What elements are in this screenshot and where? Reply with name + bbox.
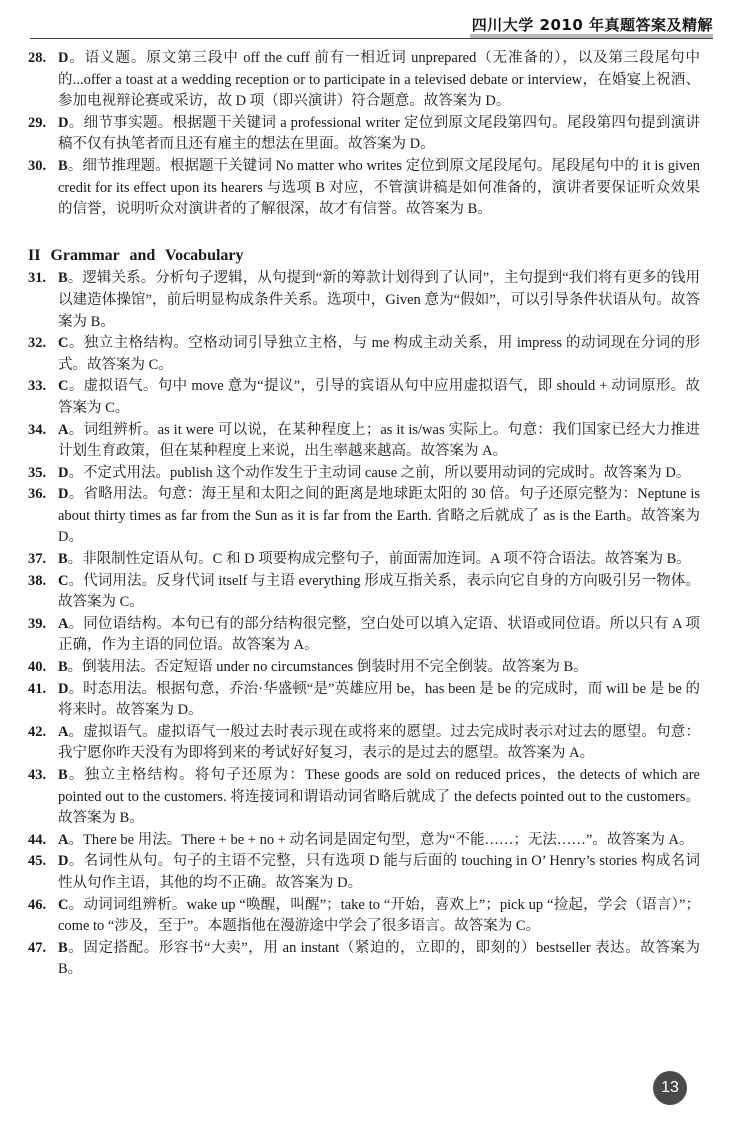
answer-item: 34.A。词组辨析。as it were 可以说，在某种程度上；as it is… bbox=[28, 420, 700, 463]
header-title: 四川大学 2010 年真题答案及精解 bbox=[472, 14, 713, 35]
explanation-text: 。时态用法。根据句意，乔治·华盛顿“是”英雄应用 be，has been 是 b… bbox=[58, 681, 700, 719]
answer-item: 46.C。动词词组辨析。wake up “唤醒，叫醒”；take to “开始，… bbox=[28, 895, 700, 938]
page-number-badge: 13 bbox=[653, 1071, 687, 1105]
answer-letter: B bbox=[58, 767, 68, 783]
explanation-text: 。独立主格结构。将句子还原为：These goods are sold on r… bbox=[58, 767, 700, 826]
explanation-text: 。细节事实题。根据题干关键词 a professional writer 定位到… bbox=[58, 115, 700, 153]
question-number: 44. bbox=[28, 830, 46, 852]
question-number: 31. bbox=[28, 268, 46, 290]
question-number: 47. bbox=[28, 938, 46, 960]
question-number: 41. bbox=[28, 679, 46, 701]
section-title: II Grammar and Vocabulary bbox=[28, 245, 700, 267]
answer-item: 33.C。虚拟语气。句中 move 意为“提议”，引导的宾语从句中应用虚拟语气，… bbox=[28, 376, 700, 419]
page-content: 28.D。语义题。原文第三段中 off the cuff 前有一相近词 unpr… bbox=[28, 48, 700, 981]
answer-letter: B bbox=[58, 551, 68, 567]
question-number: 32. bbox=[28, 333, 46, 355]
explanation-text: 。同位语结构。本句已有的部分结构很完整，空白处可以填入定语、状语或同位语。所以只… bbox=[58, 616, 700, 654]
answer-item: 39.A。同位语结构。本句已有的部分结构很完整，空白处可以填入定语、状语或同位语… bbox=[28, 614, 700, 657]
answer-item: 37.B。非限制性定语从句。C 和 D 项要构成完整句子，前面需加连词。A 项不… bbox=[28, 549, 700, 571]
explanation-text: 。动词词组辨析。wake up “唤醒，叫醒”；take to “开始，喜欢上”… bbox=[58, 897, 700, 935]
answer-item: 44.A。There be 用法。There + be + no + 动名词是固… bbox=[28, 830, 700, 852]
answer-item: 45.D。名词性从句。句子的主语不完整，只有选项 D 能与后面的 touchin… bbox=[28, 851, 700, 894]
explanation-text: 。省略用法。句意：海王星和太阳之间的距离是地球距太阳的 30 倍。句子还原完整为… bbox=[58, 486, 700, 545]
answer-letter: D bbox=[58, 681, 68, 697]
question-number: 33. bbox=[28, 376, 46, 398]
answer-letter: D bbox=[58, 50, 68, 66]
question-number: 42. bbox=[28, 722, 46, 744]
answer-item: 30.B。细节推理题。根据题干关键词 No matter who writes … bbox=[28, 156, 700, 221]
explanation-text: 。语义题。原文第三段中 off the cuff 前有一相近词 unprepar… bbox=[58, 50, 700, 109]
answer-letter: C bbox=[58, 573, 68, 589]
answer-letter: A bbox=[58, 616, 68, 632]
answer-letter: B bbox=[58, 940, 68, 956]
question-number: 29. bbox=[28, 113, 46, 135]
answer-item: 35.D。不定式用法。publish 这个动作发生于主动词 cause 之前，所… bbox=[28, 463, 700, 485]
answer-item: 36.D。省略用法。句意：海王星和太阳之间的距离是地球距太阳的 30 倍。句子还… bbox=[28, 484, 700, 549]
explanation-text: 。独立主格结构。空格动词引导独立主格，与 me 构成主动关系，用 impress… bbox=[58, 335, 700, 373]
answer-item: 47.B。固定搭配。形容书“大卖”，用 an instant（紧迫的，立即的，即… bbox=[28, 938, 700, 981]
explanation-text: 。细节推理题。根据题干关键词 No matter who writes 定位到原… bbox=[58, 158, 700, 217]
answer-item: 29.D。细节事实题。根据题干关键词 a professional writer… bbox=[28, 113, 700, 156]
answer-letter: B bbox=[58, 659, 68, 675]
explanation-text: 。There be 用法。There + be + no + 动名词是固定句型，… bbox=[68, 832, 693, 848]
explanation-text: 。非限制性定语从句。C 和 D 项要构成完整句子，前面需加连词。A 项不符合语法… bbox=[68, 551, 691, 567]
answer-item: 41.D。时态用法。根据句意，乔治·华盛顿“是”英雄应用 be，has been… bbox=[28, 679, 700, 722]
answer-item: 43.B。独立主格结构。将句子还原为：These goods are sold … bbox=[28, 765, 700, 830]
explanation-text: 。倒装用法。否定短语 under no circumstances 倒装时用不完… bbox=[68, 659, 588, 675]
explanation-text: 。虚拟语气。虚拟语气一般过去时表示现在或将来的愿望。过去完成时表示对过去的愿望。… bbox=[58, 724, 700, 762]
answer-item: 40.B。倒装用法。否定短语 under no circumstances 倒装… bbox=[28, 657, 700, 679]
question-number: 46. bbox=[28, 895, 46, 917]
explanation-text: 。名词性从句。句子的主语不完整，只有选项 D 能与后面的 touching in… bbox=[58, 853, 700, 891]
question-number: 45. bbox=[28, 851, 46, 873]
answer-letter: B bbox=[58, 158, 68, 174]
question-number: 40. bbox=[28, 657, 46, 679]
question-number: 39. bbox=[28, 614, 46, 636]
answer-letter: C bbox=[58, 378, 68, 394]
answer-item: 42.A。虚拟语气。虚拟语气一般过去时表示现在或将来的愿望。过去完成时表示对过去… bbox=[28, 722, 700, 765]
answer-letter: A bbox=[58, 832, 68, 848]
answer-letter: A bbox=[58, 422, 68, 438]
question-number: 43. bbox=[28, 765, 46, 787]
question-number: 28. bbox=[28, 48, 46, 70]
answer-item: 28.D。语义题。原文第三段中 off the cuff 前有一相近词 unpr… bbox=[28, 48, 700, 113]
answer-item: 38.C。代词用法。反身代词 itself 与主语 everything 形成互… bbox=[28, 571, 700, 614]
question-number: 37. bbox=[28, 549, 46, 571]
running-header: 四川大学 2010 年真题答案及精解 bbox=[0, 0, 733, 42]
question-number: 36. bbox=[28, 484, 46, 506]
grammar-answers: 31.B。逻辑关系。分析句子逻辑，从句提到“新的筹款计划得到了认同”，主句提到“… bbox=[28, 268, 700, 981]
answer-letter: B bbox=[58, 270, 68, 286]
question-number: 30. bbox=[28, 156, 46, 178]
explanation-text: 。固定搭配。形容书“大卖”，用 an instant（紧迫的，立即的，即刻的）b… bbox=[58, 940, 700, 978]
header-rule bbox=[30, 38, 713, 39]
explanation-text: 。词组辨析。as it were 可以说，在某种程度上；as it is/was… bbox=[58, 422, 700, 460]
answer-item: 32.C。独立主格结构。空格动词引导独立主格，与 me 构成主动关系，用 imp… bbox=[28, 333, 700, 376]
question-number: 38. bbox=[28, 571, 46, 593]
answer-letter: C bbox=[58, 897, 68, 913]
answer-letter: D bbox=[58, 486, 68, 502]
explanation-text: 。虚拟语气。句中 move 意为“提议”，引导的宾语从句中应用虚拟语气，即 sh… bbox=[58, 378, 700, 416]
reading-answers: 28.D。语义题。原文第三段中 off the cuff 前有一相近词 unpr… bbox=[28, 48, 700, 221]
explanation-text: 。逻辑关系。分析句子逻辑，从句提到“新的筹款计划得到了认同”，主句提到“我们将有… bbox=[58, 270, 700, 329]
answer-letter: D bbox=[58, 115, 68, 131]
question-number: 35. bbox=[28, 463, 46, 485]
answer-letter: D bbox=[58, 853, 68, 869]
explanation-text: 。不定式用法。publish 这个动作发生于主动词 cause 之前，所以要用动… bbox=[68, 465, 690, 481]
answer-letter: A bbox=[58, 724, 68, 740]
answer-item: 31.B。逻辑关系。分析句子逻辑，从句提到“新的筹款计划得到了认同”，主句提到“… bbox=[28, 268, 700, 333]
answer-letter: C bbox=[58, 335, 68, 351]
answer-letter: D bbox=[58, 465, 68, 481]
explanation-text: 。代词用法。反身代词 itself 与主语 everything 形成互指关系，… bbox=[58, 573, 700, 611]
question-number: 34. bbox=[28, 420, 46, 442]
